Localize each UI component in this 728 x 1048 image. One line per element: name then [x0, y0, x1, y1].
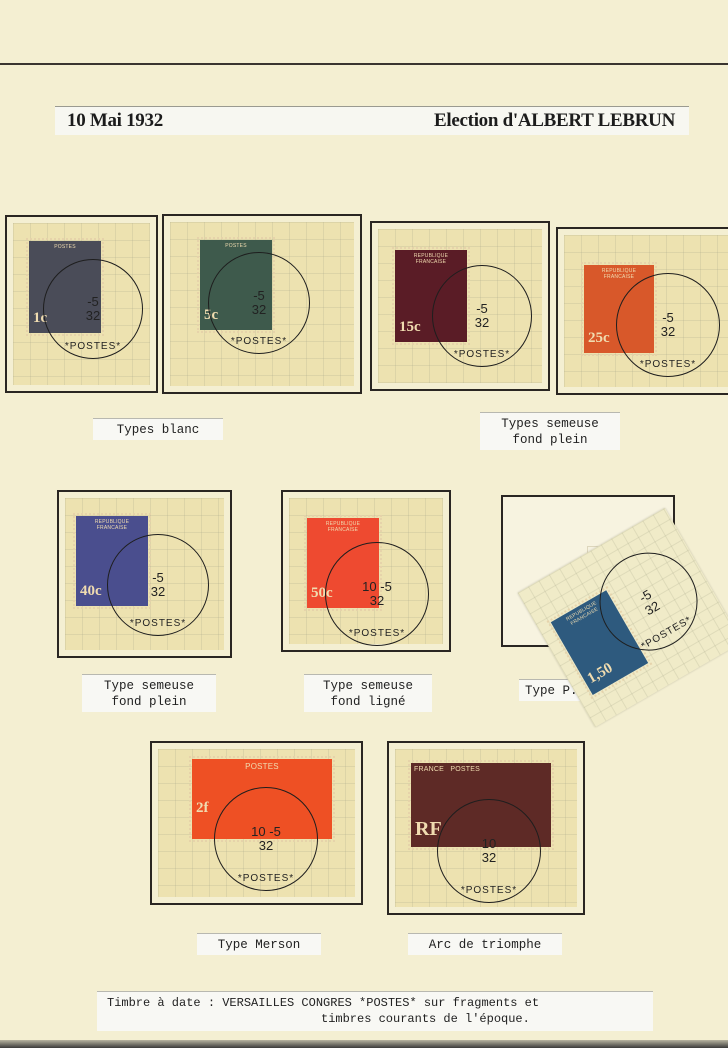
page-title: Election d'ALBERT LEBRUN [434, 110, 675, 132]
mount-merson-2f: POSTES 2f 10 -532 *POSTES* [150, 741, 363, 905]
mount-semeuse-15c: REPUBLIQUE FRANCAISE 15c -532 *POSTES* [370, 221, 550, 391]
mount-blanc-1c: POSTES 1c -532 *POSTES* [5, 215, 158, 393]
mount-semeuse-50c: REPUBLIQUE FRANCAISE 50c 10 -532 *POSTES… [281, 490, 451, 652]
postmark: -532 *POSTES* [107, 534, 209, 636]
page-date: 10 Mai 1932 [67, 110, 163, 132]
postmark: 10 -532 *POSTES* [214, 787, 318, 891]
mount-blanc-5c: POSTES 5c -532 *POSTES* [162, 214, 362, 394]
footnote: Timbre à date : VERSAILLES CONGRES *POST… [97, 991, 653, 1031]
postmark: -532 *POSTES* [616, 273, 720, 377]
mount-arc-2fr: FRANCE POSTES RF 1032 *POSTES* [387, 741, 585, 915]
postmark: -532 *POSTES* [43, 259, 143, 359]
label-types-blanc: Types blanc [93, 418, 223, 440]
mount-semeuse-40c: REPUBLIQUE FRANCAISE 40c -532 *POSTES* [57, 490, 232, 658]
postmark: 10 -532 *POSTES* [325, 542, 429, 646]
mount-semeuse-25c: REPUBLIQUE FRANCAISE 25c -532 *POSTES* [556, 227, 728, 395]
label-type-semeuse-fond-ligne: Type semeuse fond ligné [304, 674, 432, 712]
label-type-merson: Type Merson [197, 933, 321, 955]
label-types-semeuse-fond-plein: Types semeuse fond plein [480, 412, 620, 450]
postmark: -532 *POSTES* [208, 252, 310, 354]
label-arc-de-triomphe: Arc de triomphe [408, 933, 562, 955]
label-type-semeuse-fond-plein: Type semeuse fond plein [82, 674, 216, 712]
scan-edge [0, 1040, 728, 1048]
postmark: 1032 *POSTES* [437, 799, 541, 903]
title-strip: 10 Mai 1932 Election d'ALBERT LEBRUN [55, 106, 689, 135]
page-divider-line [0, 63, 728, 65]
postmark: -532 *POSTES* [432, 265, 532, 367]
